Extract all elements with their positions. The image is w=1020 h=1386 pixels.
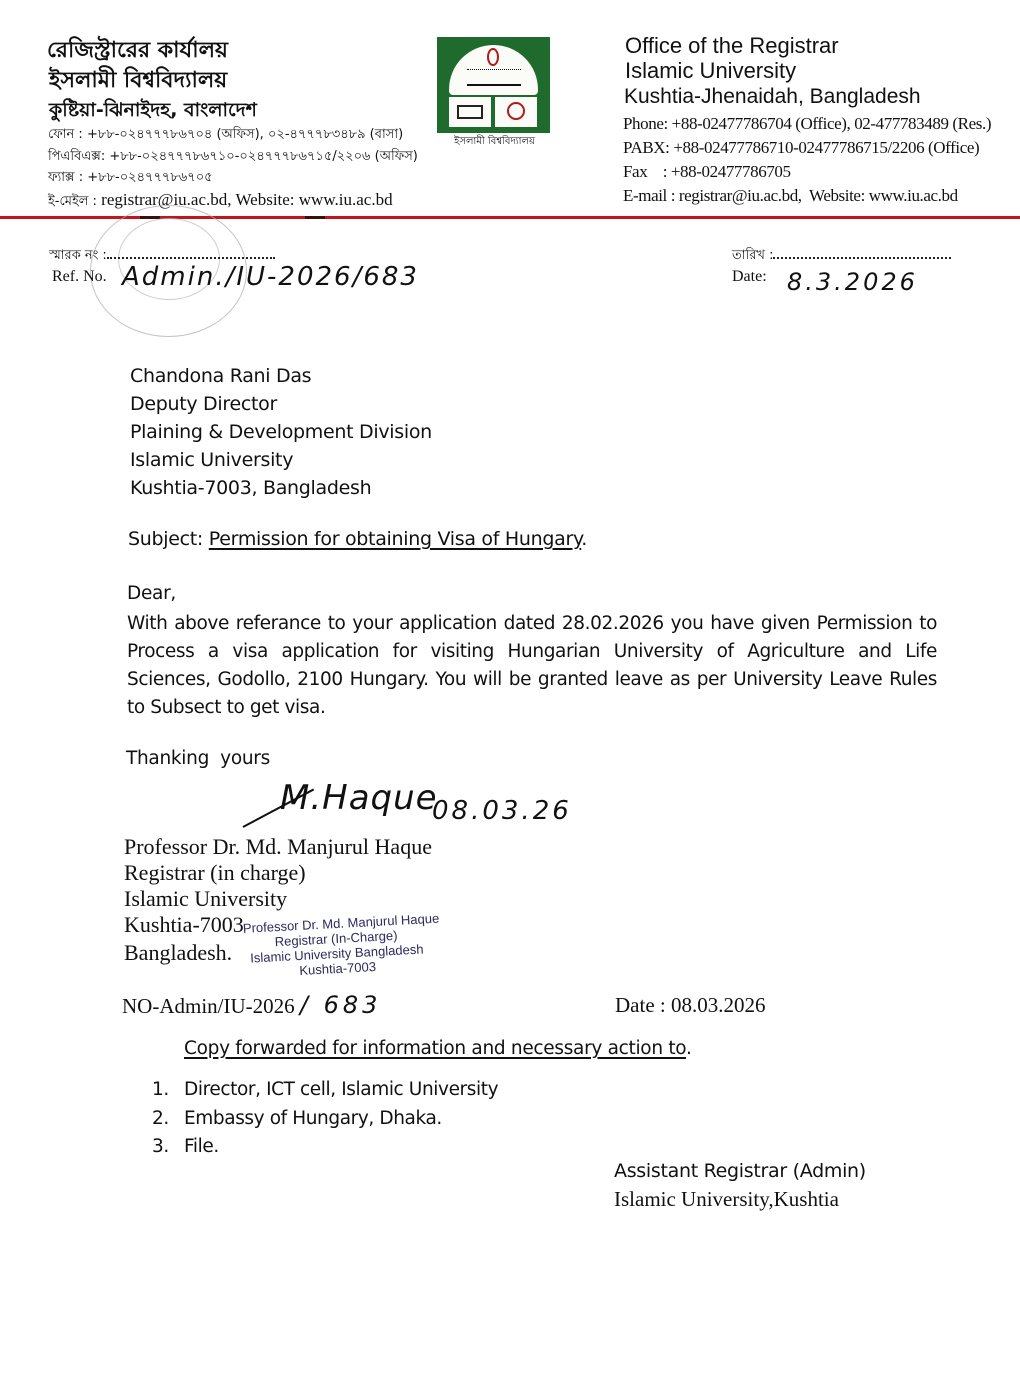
memo-number-row: NO-Admin/IU-2026 / 683 (122, 992, 381, 1019)
bangla-location: কুষ্টিয়া-ঝিনাইদহ, বাংলাদেশ (49, 96, 257, 125)
memo-number: NO-Admin/IU-2026 (122, 994, 295, 1018)
body-paragraph: With above referance to your application… (127, 610, 937, 722)
list-item: 3.File. (152, 1133, 498, 1162)
date-bangla-label: তারিখ : (732, 248, 773, 263)
salutation: Dear, (127, 583, 176, 604)
university-logo (437, 37, 550, 133)
assistant-registrar-org: Islamic University,Kushtia (614, 1186, 839, 1212)
date-label: Date: (732, 268, 767, 286)
memo-number-handwritten: / 683 (300, 991, 382, 1019)
english-phone: Phone: +88-02477786704 (Office), 02-4777… (623, 112, 991, 136)
date-bangla-row: তারিখ : (732, 246, 951, 267)
signatory-rubber-stamp: Professor Dr. Md. Manjurul Haque Registr… (243, 911, 431, 981)
recipient-address: Chandona Rani Das Deputy Director Plaini… (130, 362, 432, 502)
assistant-registrar-title: Assistant Registrar (Admin) (614, 1160, 866, 1182)
atom-icon (507, 102, 525, 120)
recipient-division: Plaining & Development Division (130, 418, 432, 446)
list-item: 1.Director, ICT cell, Islamic University (152, 1076, 498, 1105)
english-office-title: Office of the Registrar (625, 33, 839, 59)
bangla-email-value: registrar@iu.ac.bd, Website: www.iu.ac.b… (97, 190, 393, 209)
recipient-city: Kushtia-7003, Bangladesh (130, 474, 432, 502)
english-fax: Fax : +88-02477786705 (623, 160, 791, 184)
english-location: Kushtia-Jhenaidah, Bangladesh (624, 84, 921, 110)
bangla-phone: ফোন : +৮৮-০২৪৭৭৭৮৬৭০৪ (অফিস), ০২-৪৭৭৭৮৩৪… (48, 124, 403, 146)
list-item: 2.Embassy of Hungary, Dhaka. (152, 1105, 498, 1134)
handwritten-signature: M.Haque (280, 778, 438, 818)
signatory-country: Bangladesh. (124, 940, 232, 966)
english-university-name: Islamic University (625, 58, 796, 84)
minaret-icon (487, 48, 499, 66)
bangla-fax: ফ্যাক্স : +৮৮-০২৪৭৭৭৮৬৭০৫ (48, 167, 213, 189)
subject-line: Subject: Permission for obtaining Visa o… (128, 528, 587, 550)
memo-date: Date : 08.03.2026 (615, 992, 765, 1018)
ref-number-handwritten: Admin./IU-2026/683 (122, 262, 419, 292)
subject-label: Subject: (128, 528, 209, 550)
bangla-university-name: ইসলামী বিশ্ববিদ্যালয় (49, 66, 227, 95)
recipient-name: Chandona Rani Das (130, 362, 432, 390)
bangla-email-label: ই-মেইল : (48, 194, 97, 209)
signatory-name: Professor Dr. Md. Manjurul Haque (124, 834, 432, 860)
date-handwritten: 8.3.2026 (787, 268, 918, 296)
calligraphy-icon (467, 69, 521, 86)
logo-dome-icon (449, 45, 538, 95)
signature-date: 08.03.26 (432, 796, 572, 826)
bangla-office-title: রেজিস্ট্রারের কার্যালয় (47, 36, 228, 65)
copy-forward-list: 1.Director, ICT cell, Islamic University… (152, 1076, 498, 1162)
signatory-city: Kushtia-7003 (124, 912, 244, 938)
open-book-icon (457, 105, 483, 119)
closing: Thanking yours (126, 748, 270, 769)
signatory-org: Islamic University (124, 886, 287, 912)
recipient-title: Deputy Director (130, 390, 432, 418)
book-panel (449, 97, 491, 127)
english-pabx: PABX: +88-02477786710-02477786715/2206 (… (623, 136, 979, 160)
logo-caption: ইসলামী বিশ্ববিদ্যালয় (432, 134, 557, 151)
signatory-title: Registrar (in charge) (124, 860, 306, 886)
recipient-org: Islamic University (130, 446, 432, 474)
bangla-pabx: পিএবিএক্স: +৮৮-০২৪৭৭৭৮৬৭১০-০২৪৭৭৭৮৬৭১৫/২… (48, 146, 418, 168)
subject-text: Permission for obtaining Visa of Hungary (209, 528, 581, 550)
english-email-website: E-mail : registrar@iu.ac.bd, Website: ww… (623, 184, 958, 208)
atom-panel (495, 97, 537, 127)
ref-bangla-label: স্মারক নং : (49, 248, 107, 263)
ref-label: Ref. No. (52, 268, 107, 286)
bangla-email-website: ই-মেইল : registrar@iu.ac.bd, Website: ww… (48, 189, 393, 213)
copy-forward-heading: Copy forwarded for information and neces… (184, 1038, 692, 1059)
